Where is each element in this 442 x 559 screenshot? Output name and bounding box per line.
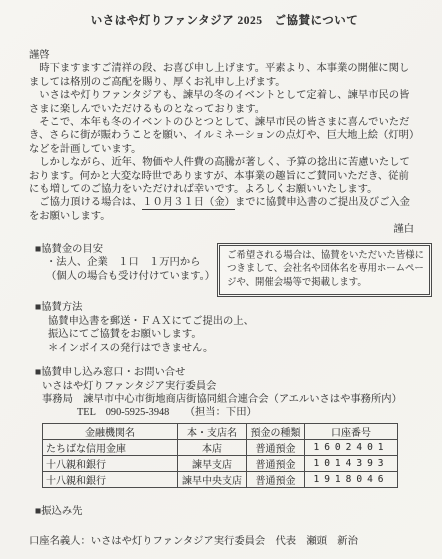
- bank-name-cell: 十八親和銀行: [43, 455, 178, 471]
- bank-account-table: 金融機関名 本・支店名 預金の種類 口座番号 たちばな信用金庫 本店 普通預金 …: [42, 423, 398, 488]
- scanned-letter-page: いさはや灯りファンタジア 2025 ご協賛について 謹啓 時下ますますご清祥の段…: [0, 0, 442, 559]
- publication-notice-box: ご希望される場合は、協賛をいただいた皆様に つきまして、会社名や団体名を専用ホー…: [217, 243, 432, 298]
- table-header-row: 金融機関名 本・支店名 預金の種類 口座番号: [43, 423, 398, 439]
- col-header-branch: 本・支店名: [178, 423, 247, 439]
- table-row: 十八親和銀行 諫早支店 普通預金 1014393: [43, 455, 398, 471]
- amount-line: （個人の場合も受け付けています。）: [46, 270, 215, 283]
- account-holder-line: 口座名義人：いさはや灯りファンタジア実行委員会 代表 瀬頭 新治: [29, 532, 420, 547]
- branch-cell: 本店: [178, 439, 247, 455]
- deadline-suffix: までに協賛申込書のご提出及びご入金: [235, 197, 410, 208]
- section-amount-heading: ■協賛金の目安: [35, 243, 215, 256]
- body-line: そこで、本年も冬のイベントのひとつとして、諫早市民の皆さまに喜んでいただ: [29, 116, 420, 129]
- table-row: 十八親和銀行 諫早中央支店 普通預金 1918046: [43, 471, 398, 487]
- col-header-number: 口座番号: [305, 423, 398, 439]
- table-row: たちばな信用金庫 本店 普通預金 1602401: [43, 439, 398, 455]
- contact-tel-line: TEL 090-5925-3948 （担当：下田）: [77, 406, 420, 419]
- notice-line: ご希望される場合は、協賛をいただいた皆様に: [227, 250, 424, 264]
- method-line: 協賛申込書を郵送・ＦＡＸにてご提出の上、: [48, 315, 420, 328]
- body-line: き、さらに街が賑わうことを願い、イルミネーションの点灯や、巨大地上絵（灯明）: [29, 129, 420, 142]
- body-line: さまに楽しんでいただけるものとなっております。: [29, 103, 420, 116]
- section-transfer-heading: ■振込み先: [35, 505, 420, 518]
- page-title: いさはや灯りファンタジア 2025 ご協賛について: [29, 12, 420, 28]
- body-line: にも増してのご協力をいただければ幸いです。よろしくお願いいたします。: [29, 183, 420, 196]
- section-amount: ■協賛金の目安 ・法人、企業 １口 １万円から （個人の場合も受け付けています。…: [29, 243, 215, 283]
- body-line: などを計画しています。: [29, 143, 420, 156]
- account-number-cell: 1602401: [305, 439, 398, 455]
- bank-name-cell: たちばな信用金庫: [43, 439, 178, 455]
- body-line: ましては格別のご高配を賜り、厚くお礼申し上げます。: [29, 76, 420, 89]
- branch-cell: 諫早支店: [178, 455, 247, 471]
- deadline-date: １０月３１日（金）: [142, 197, 235, 210]
- col-header-bank: 金融機関名: [43, 423, 178, 439]
- salutation-open: 謹啓: [29, 49, 420, 62]
- method-line: 振込にてご協賛をお願いします。: [48, 328, 420, 341]
- amount-line: ・法人、企業 １口 １万円から: [46, 256, 215, 269]
- account-type-cell: 普通預金: [247, 455, 305, 471]
- notice-line: つきまして、会社名や団体名を専用ホームペー: [227, 263, 424, 277]
- account-number-cell: 1918046: [305, 471, 398, 487]
- letter-body: 謹啓 時下ますますご清祥の段、お喜び申し上げます。平素より、本事業の開催に関し …: [29, 49, 420, 237]
- body-line: をお願いします。: [29, 210, 420, 223]
- body-line: いさはや灯りファンタジアも、諫早の冬のイベントとして定着し、諫早市民の皆: [29, 89, 420, 102]
- account-type-cell: 普通預金: [247, 439, 305, 455]
- section-transfer: ■振込み先: [29, 505, 420, 518]
- branch-cell: 諫早中央支店: [178, 471, 247, 487]
- section-method: ■協賛方法 協賛申込書を郵送・ＦＡＸにてご提出の上、 振込にてご協賛をお願いしま…: [29, 301, 420, 355]
- deadline-line: ご協力頂ける場合は、１０月３１日（金）までに協賛申込書のご提出及びご入金: [29, 196, 420, 209]
- account-type-cell: 普通預金: [247, 471, 305, 487]
- method-line: ＊インボイスの発行はできません。: [48, 342, 420, 355]
- sponsor-amount-row: ■協賛金の目安 ・法人、企業 １口 １万円から （個人の場合も受け付けています。…: [29, 243, 420, 298]
- salutation-close: 謹白: [29, 223, 420, 236]
- bank-name-cell: 十八親和銀行: [43, 471, 178, 487]
- account-number-cell: 1014393: [305, 455, 398, 471]
- notice-line: ジや、開催会場等で掲載します。: [227, 277, 424, 291]
- body-line: おります。何かと大変な時世でありますが、本事業の趣旨にご賛同いただき、従前: [29, 170, 420, 183]
- col-header-type: 預金の種類: [247, 423, 305, 439]
- contact-line: 事務局 諫早市中心市街地商店街協同組合連合会（アエルいさはや事務所内）: [42, 393, 420, 406]
- deadline-prefix: ご協力頂ける場合は、: [29, 197, 142, 208]
- section-method-heading: ■協賛方法: [35, 301, 420, 314]
- section-contact: ■協賛申し込み窓口・お問い合せ いさはや灯りファンタジア実行委員会 事務局 諫早…: [29, 366, 420, 420]
- contact-line: いさはや灯りファンタジア実行委員会: [42, 380, 420, 393]
- body-line: 時下ますますご清祥の段、お喜び申し上げます。平素より、本事業の開催に関し: [29, 62, 420, 75]
- body-line: しかしながら、近年、物価や人件費の高騰が著しく、予算の捻出に苦慮いたして: [29, 156, 420, 169]
- section-contact-heading: ■協賛申し込み窓口・お問い合せ: [35, 366, 420, 379]
